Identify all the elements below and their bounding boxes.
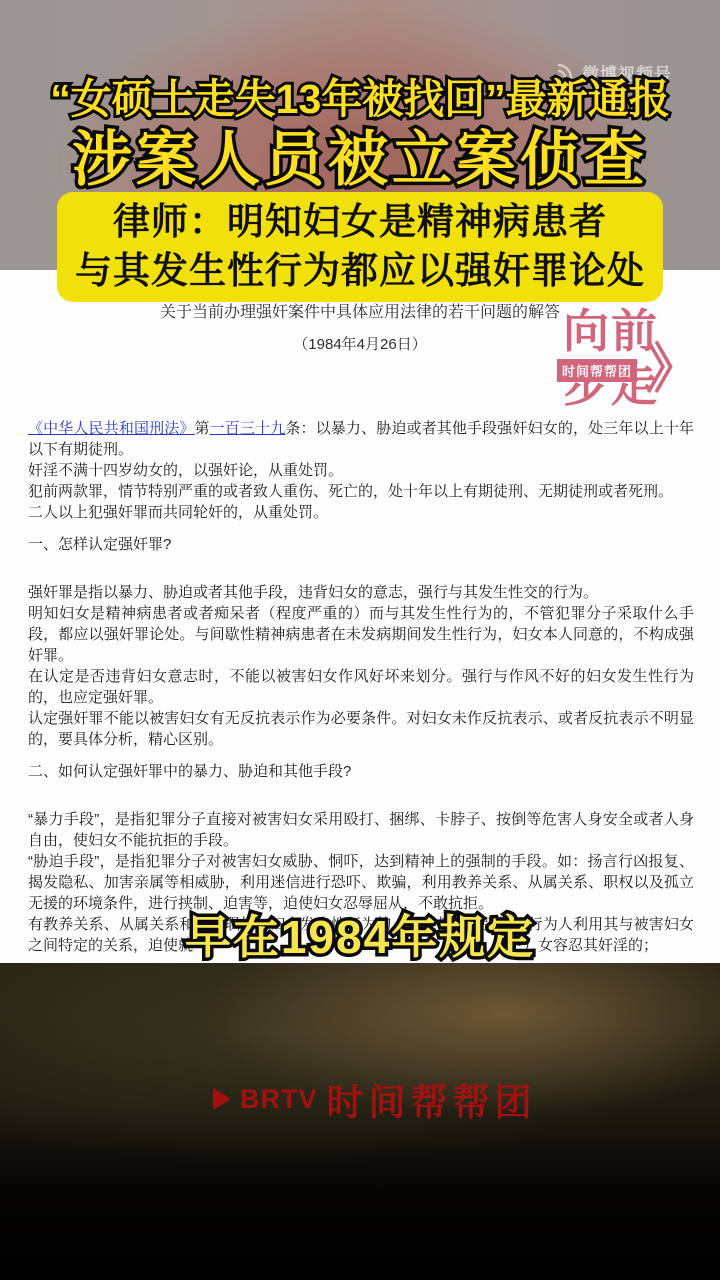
program-logo-stamp: 向前 步走 时间帮帮团 》	[563, 310, 698, 430]
doc-text: 二人以上犯强奸罪而共同轮奸的，从重处罚。	[28, 504, 328, 521]
law-link[interactable]: 《中华人民共和国刑法》	[28, 420, 195, 437]
doc-text: 第	[195, 420, 210, 437]
legal-document-panel: 最高人民法院最高人民检察院公安部 关于当前办理强奸案件中具体应用法律的若干问题的…	[0, 270, 720, 963]
stamp-top-chars: 向前	[563, 304, 659, 358]
doc-text: “暴力手段”，是指犯罪分子直接对被害妇女采用殴打、捆绑、卡脖子、按倒等危害人身安…	[28, 811, 694, 849]
stamp-banner-label: 时间帮帮团	[557, 359, 637, 382]
lawyer-quote-box: 律师：明知妇女是精神病患者 与其发生性行为都应以强奸罪论处	[57, 192, 663, 302]
doc-text: 奸淫不满十四岁幼女的，以强奸论，从重处罚。	[28, 462, 343, 479]
document-body: 《中华人民共和国刑法》第一百三十九条：以暴力、胁迫或者其他手段强奸妇女的，处三年…	[28, 418, 694, 956]
doc-text: 一、怎样认定强奸罪?	[28, 536, 171, 553]
doc-paragraph: 犯前两款罪，情节特别严重的或者致人重伤、死亡的，处十年以上有期徒刑、无期徒刑或者…	[28, 481, 694, 502]
doc-paragraph: 认定强奸罪不能以被害妇女有无反抗表示作为必要条件。对妇女未作反抗表示、或者反抗表…	[28, 708, 694, 750]
doc-section-heading: 二、如何认定强奸罪中的暴力、胁迫和其他手段?	[28, 761, 694, 782]
brtv-watermark: BRTV 时间帮帮团	[213, 1072, 537, 1126]
chevron-right-icon: 》	[646, 324, 700, 414]
law-link[interactable]: 一百三十九	[210, 420, 286, 437]
video-frame: 微博视频号 北京时间 “女硕士走失13年被找回”最新通报 涉案人员被立案侦查 律…	[0, 0, 720, 1280]
doc-paragraph: 强奸罪是指以暴力、胁迫或者其他手段，违背妇女的意志，强行与其发生性交的行为。	[28, 582, 694, 603]
doc-text: 明知妇女是精神病患者或者痴呆者（程度严重的）而与其发生性行为的，不管犯罪分子采取…	[28, 605, 694, 664]
doc-paragraph: 明知妇女是精神病患者或者痴呆者（程度严重的）而与其发生性行为的，不管犯罪分子采取…	[28, 603, 694, 666]
lawyer-quote-line2: 与其发生性行为都应以强奸罪论处	[75, 247, 645, 296]
brtv-label: BRTV	[240, 1084, 318, 1115]
doc-text: 强奸罪是指以暴力、胁迫或者其他手段，违背妇女的意志，强行与其发生性交的行为。	[28, 584, 598, 601]
play-triangle-icon	[213, 1088, 231, 1110]
video-subtitle: 早在1984年规定	[0, 901, 720, 967]
doc-paragraph: 二人以上犯强奸罪而共同轮奸的，从重处罚。	[28, 502, 694, 523]
doc-text: 在认定是否违背妇女意志时，不能以被害妇女作风好坏来划分。强行与作风不好的妇女发生…	[28, 668, 694, 706]
doc-text: 二、如何认定强奸罪中的暴力、胁迫和其他手段?	[28, 763, 351, 780]
doc-text: 认定强奸罪不能以被害妇女有无反抗表示作为必要条件。对妇女未作反抗表示、或者反抗表…	[28, 710, 694, 748]
doc-paragraph: 奸淫不满十四岁幼女的，以强奸论，从重处罚。	[28, 460, 694, 481]
doc-paragraph: “暴力手段”，是指犯罪分子直接对被害妇女采用殴打、捆绑、卡脖子、按倒等危害人身安…	[28, 809, 694, 851]
doc-text: 犯前两款罪，情节特别严重的或者致人重伤、死亡的，处十年以上有期徒刑、无期徒刑或者…	[28, 483, 673, 500]
headline-line2: 涉案人员被立案侦查	[0, 112, 720, 198]
doc-section-heading: 一、怎样认定强奸罪?	[28, 534, 694, 555]
doc-paragraph: 在认定是否违背妇女意志时，不能以被害妇女作风好坏来划分。强行与作风不好的妇女发生…	[28, 666, 694, 708]
stamp-characters: 向前 步走	[563, 304, 659, 412]
brtv-program-label: 时间帮帮团	[327, 1072, 537, 1126]
lawyer-quote-line1: 律师：明知妇女是精神病患者	[113, 198, 607, 247]
